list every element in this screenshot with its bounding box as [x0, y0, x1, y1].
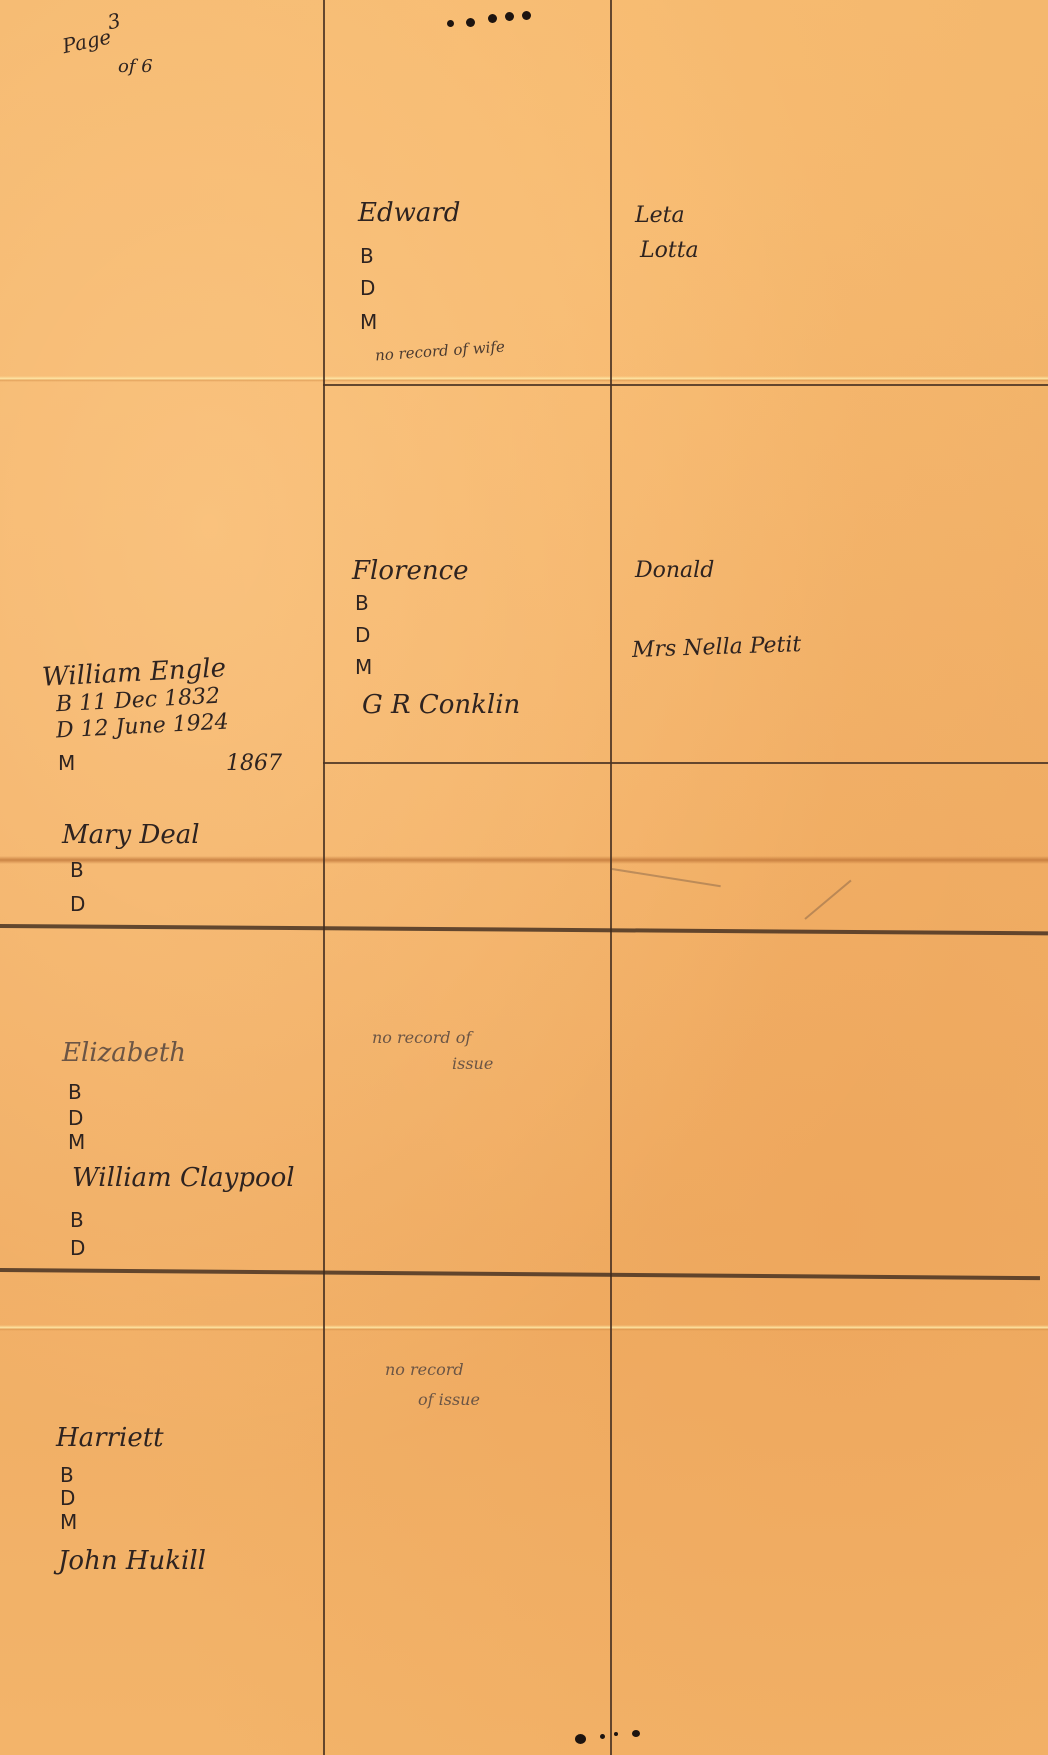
- row-rule: [323, 384, 1048, 386]
- death-field: D: [360, 278, 375, 298]
- fold-crease: [0, 856, 1048, 864]
- grandchild-name: Mrs Nella Petit: [632, 634, 802, 662]
- spouse-name: G R Conklin: [362, 692, 520, 718]
- death-field: D: [60, 1488, 75, 1508]
- fold-crease: [0, 376, 1048, 382]
- death-field: D: [70, 894, 85, 914]
- grandchild-name: Lotta: [640, 240, 699, 262]
- grandchild-name: Donald: [635, 560, 714, 582]
- record-note: of issue: [418, 1392, 480, 1408]
- birth-field: B: [360, 246, 374, 266]
- punch-hole: [614, 1732, 618, 1736]
- marriage-label: M: [58, 753, 75, 773]
- punch-hole: [447, 20, 454, 27]
- death-field: D: [70, 1238, 85, 1258]
- marriage-field: M: [68, 1132, 85, 1152]
- punch-hole: [522, 11, 531, 20]
- marriage-field: M: [60, 1512, 77, 1532]
- marriage-field: M: [360, 312, 377, 332]
- punch-hole: [505, 12, 514, 21]
- row-rule: [0, 924, 1048, 935]
- marriage-year: 1867: [226, 753, 282, 775]
- death-date: D 12 June 1924: [56, 711, 230, 742]
- punch-hole: [466, 18, 475, 27]
- page-note: Page3: [61, 24, 126, 56]
- record-note: no record: [385, 1362, 464, 1378]
- punch-hole: [575, 1734, 586, 1744]
- ancestor-name: Elizabeth: [62, 1040, 186, 1066]
- spouse-name: William Claypool: [72, 1165, 295, 1191]
- birth-field: B: [68, 1082, 82, 1102]
- spouse-name: John Hukill: [58, 1548, 206, 1574]
- column-rule: [610, 0, 612, 1755]
- marriage-field: M: [355, 657, 372, 677]
- birth-field: B: [355, 593, 369, 613]
- record-note: no record of wife: [375, 339, 506, 363]
- genealogy-sheet: Page3 of 6 Edward B D M no record of wif…: [0, 0, 1048, 1755]
- birth-field: B: [60, 1465, 74, 1485]
- child-name: Florence: [352, 558, 469, 584]
- birth-field: B: [70, 860, 84, 880]
- death-field: D: [355, 625, 370, 645]
- punch-hole: [632, 1730, 640, 1737]
- child-name: Edward: [358, 200, 460, 226]
- pencil-mark: [612, 868, 721, 887]
- death-field: D: [68, 1108, 83, 1128]
- punch-hole: [600, 1734, 605, 1739]
- birth-field: B: [70, 1210, 84, 1230]
- row-rule: [0, 1268, 1040, 1280]
- punch-hole: [488, 14, 497, 23]
- page-label: Page: [60, 24, 113, 58]
- pencil-mark: [804, 880, 851, 920]
- column-rule: [323, 0, 325, 1755]
- fold-crease: [0, 1325, 1048, 1331]
- ancestor-name: Harriett: [56, 1425, 164, 1451]
- spouse-name: Mary Deal: [62, 822, 200, 848]
- grandchild-name: Leta: [635, 205, 685, 227]
- row-rule: [323, 762, 1048, 764]
- page-of: of 6: [118, 58, 153, 76]
- record-note: issue: [452, 1056, 493, 1072]
- record-note: no record of: [372, 1030, 471, 1046]
